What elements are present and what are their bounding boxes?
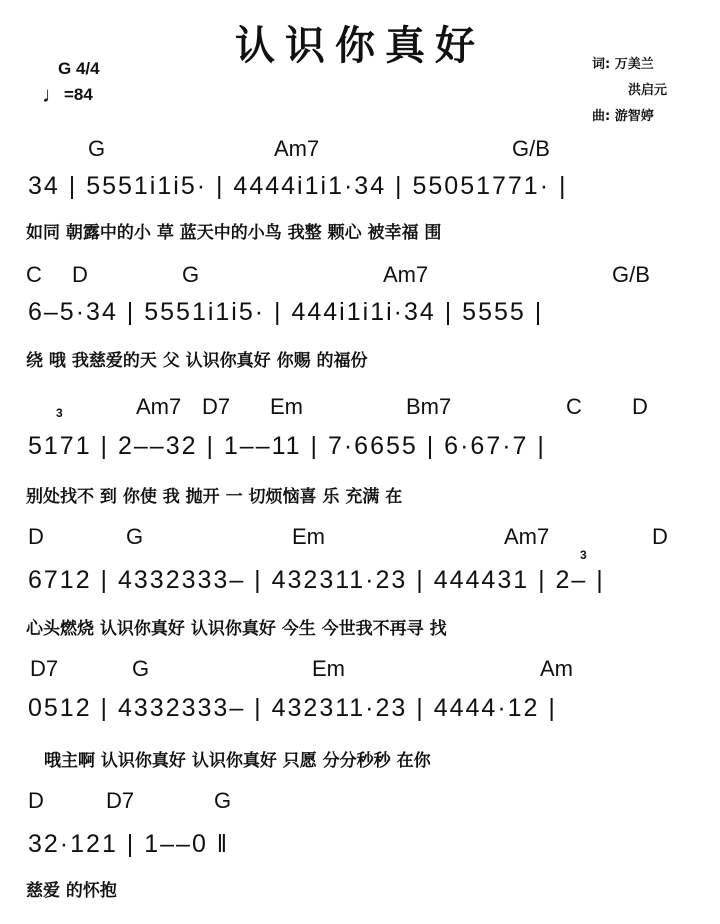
lyrics: 如同 朝露中的小 草 蓝天中的小鸟 我整 颗心 被幸福 围 xyxy=(26,218,441,243)
chord: D xyxy=(28,524,44,550)
lyrics: 绕 哦 我慈爱的天 父 认识你真好 你赐 的福份 xyxy=(26,346,368,371)
chord: Am7 xyxy=(383,262,428,288)
tempo-marking: ♩=84 xyxy=(42,82,100,108)
key-time-signature: G 4/4 xyxy=(42,56,100,82)
notation: 34 | 5551i1i5· | 4444i1i1·34 | 55051771·… xyxy=(28,172,567,201)
chord: C xyxy=(26,262,42,288)
chord: G xyxy=(88,136,105,162)
chord: Em xyxy=(270,394,303,420)
chord: Am xyxy=(540,656,573,682)
triplet-marker: 3 xyxy=(580,548,587,562)
credits: 词: 万美兰 洪启元 曲: 游智婷 xyxy=(592,52,667,130)
notation: 6–5·34 | 5551i1i5· | 444i1i1i·34 | 5555 … xyxy=(28,298,543,327)
composer: 曲: 游智婷 xyxy=(592,104,667,130)
notation: 32·121 | 1––0 ‖ xyxy=(28,830,229,859)
chord: G xyxy=(126,524,143,550)
lyricist-2: 洪启元 xyxy=(592,78,667,104)
notation: 6712 | 4332333– | 432311·23 | 444431 | 2… xyxy=(28,566,605,595)
chord: G xyxy=(132,656,149,682)
chord: Am7 xyxy=(274,136,319,162)
lyrics: 心头燃烧 认识你真好 认识你真好 今生 今世我不再寻 找 xyxy=(26,614,447,639)
quarter-note-icon: ♩ xyxy=(42,82,64,108)
notation: 0512 | 4332333– | 432311·23 | 4444·12 | xyxy=(28,694,557,723)
chord: Am7 xyxy=(504,524,549,550)
lyrics: 慈爱 的怀抱 xyxy=(26,876,117,901)
chord: G/B xyxy=(512,136,550,162)
chord: G xyxy=(182,262,199,288)
chord: D xyxy=(632,394,648,420)
chord: G xyxy=(214,788,231,814)
chord: Bm7 xyxy=(406,394,451,420)
notation: 5171 | 2––32 | 1––11 | 7·6655 | 6·67·7 | xyxy=(28,432,546,461)
chord: D xyxy=(28,788,44,814)
chord: C xyxy=(566,394,582,420)
chord: Am7 xyxy=(136,394,181,420)
chord: D7 xyxy=(30,656,58,682)
tempo-value: =84 xyxy=(64,85,93,104)
triplet-marker: 3 xyxy=(56,406,63,420)
chord: G/B xyxy=(612,262,650,288)
lyrics: 哦主啊 认识你真好 认识你真好 只愿 分分秒秒 在你 xyxy=(44,746,431,771)
lyrics: 别处找不 到 你使 我 抛开 一 切烦恼喜 乐 充满 在 xyxy=(26,482,402,507)
chord: D7 xyxy=(202,394,230,420)
chord: Em xyxy=(292,524,325,550)
chord: Em xyxy=(312,656,345,682)
chord: D xyxy=(652,524,668,550)
chord: D xyxy=(72,262,88,288)
key-and-tempo: G 4/4 ♩=84 xyxy=(42,56,100,108)
chord: D7 xyxy=(106,788,134,814)
lyricist: 词: 万美兰 xyxy=(592,52,667,78)
